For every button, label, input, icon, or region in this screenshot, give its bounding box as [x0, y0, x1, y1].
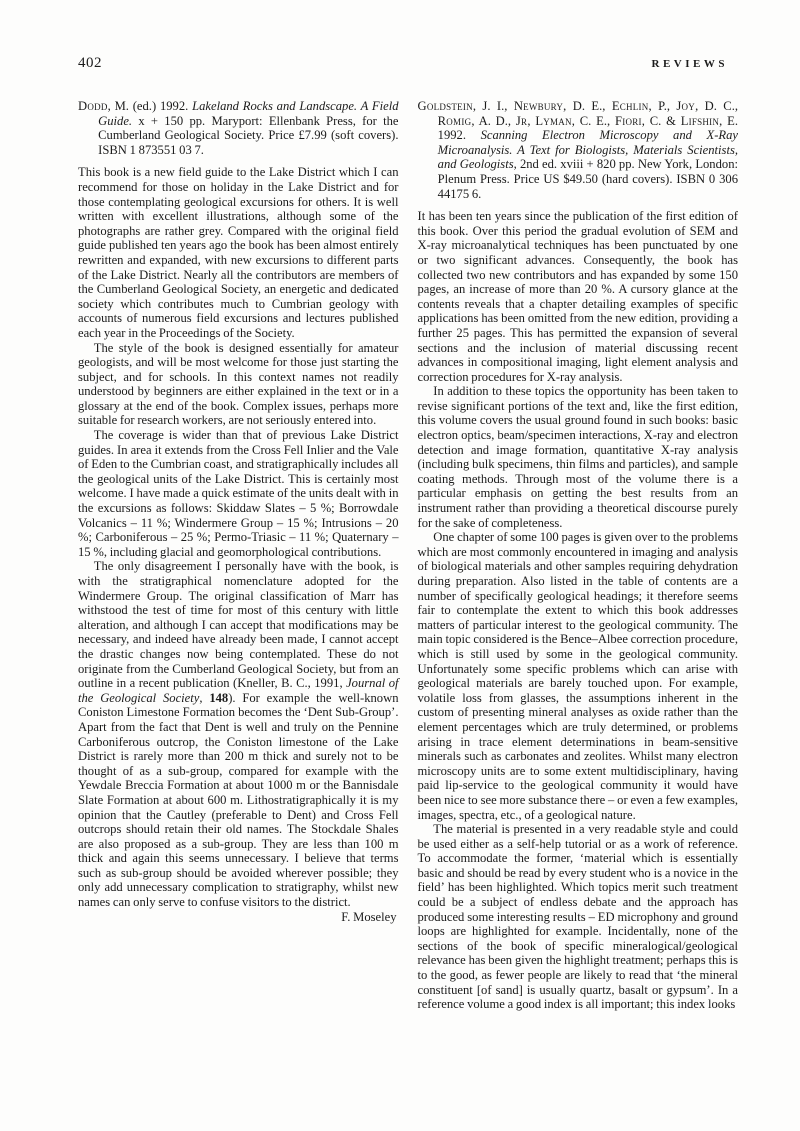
text-segment: , C. & — [642, 114, 681, 128]
text-segment: One chapter of some 100 pages is given o… — [418, 530, 739, 821]
text-segment: Goldstein — [418, 99, 473, 113]
text-segment: It has been ten years since the publicat… — [418, 209, 739, 384]
text-segment: F. Moseley — [341, 910, 396, 924]
text-segment: Lyman — [535, 114, 571, 128]
review-paragraph: It has been ten years since the publicat… — [418, 209, 739, 384]
text-segment: ). For example the well-known Coniston L… — [78, 691, 399, 909]
text-segment: Lifshin — [681, 114, 719, 128]
text-segment: 148 — [209, 691, 228, 705]
text-segment: The coverage is wider than that of previ… — [78, 428, 399, 559]
text-segment: Jr — [516, 114, 527, 128]
text-segment: , J. I., — [473, 99, 514, 113]
text-segment: Dodd — [78, 99, 108, 113]
text-segment: , — [199, 691, 209, 705]
review-paragraph: The only disagreement I personally have … — [78, 559, 399, 909]
text-segment: The only disagreement I personally have … — [78, 559, 399, 690]
reference-entry: Dodd, M. (ed.) 1992. Lakeland Rocks and … — [78, 99, 399, 157]
review-paragraph: In addition to these topics the opportun… — [418, 384, 739, 530]
text-segment: x + 150 pp. Maryport: Ellenbank Press, f… — [98, 114, 398, 157]
text-segment: The style of the book is designed essent… — [78, 341, 399, 428]
two-column-text: Dodd, M. (ed.) 1992. Lakeland Rocks and … — [78, 99, 738, 1012]
text-segment: Echlin — [612, 99, 649, 113]
text-segment: Fiori — [615, 114, 642, 128]
text-segment: In addition to these topics the opportun… — [418, 384, 739, 529]
text-segment: , C. E., — [572, 114, 615, 128]
reference-entry: Goldstein, J. I., Newbury, D. E., Echlin… — [418, 99, 739, 201]
text-segment: , M. (ed.) 1992. — [108, 99, 192, 113]
text-segment: , A. D., — [471, 114, 516, 128]
running-head-title: REVIEWS — [652, 58, 738, 70]
review-paragraph: The style of the book is designed essent… — [78, 341, 399, 429]
text-segment: This book is a new field guide to the La… — [78, 165, 399, 340]
review-paragraph: The coverage is wider than that of previ… — [78, 428, 399, 559]
text-segment: , D. C., — [695, 99, 738, 113]
running-header: 402 REVIEWS — [78, 55, 738, 72]
left-column: Dodd, M. (ed.) 1992. Lakeland Rocks and … — [78, 99, 399, 1012]
text-segment: , D. E., — [563, 99, 612, 113]
text-segment: Romig — [438, 114, 472, 128]
journal-page: 402 REVIEWS Dodd, M. (ed.) 1992. Lakelan… — [0, 0, 800, 1131]
review-paragraph: One chapter of some 100 pages is given o… — [418, 530, 739, 822]
page-number: 402 — [78, 55, 102, 72]
review-paragraph: This book is a new field guide to the La… — [78, 165, 399, 340]
review-paragraph: The material is presented in a very read… — [418, 822, 739, 1012]
text-segment: , P., — [649, 99, 677, 113]
text-segment: The material is presented in a very read… — [418, 822, 739, 1011]
reviewer-signature: F. Moseley — [78, 910, 399, 925]
right-column: Goldstein, J. I., Newbury, D. E., Echlin… — [418, 99, 739, 1012]
text-segment: Newbury — [514, 99, 563, 113]
text-segment: Joy — [676, 99, 695, 113]
